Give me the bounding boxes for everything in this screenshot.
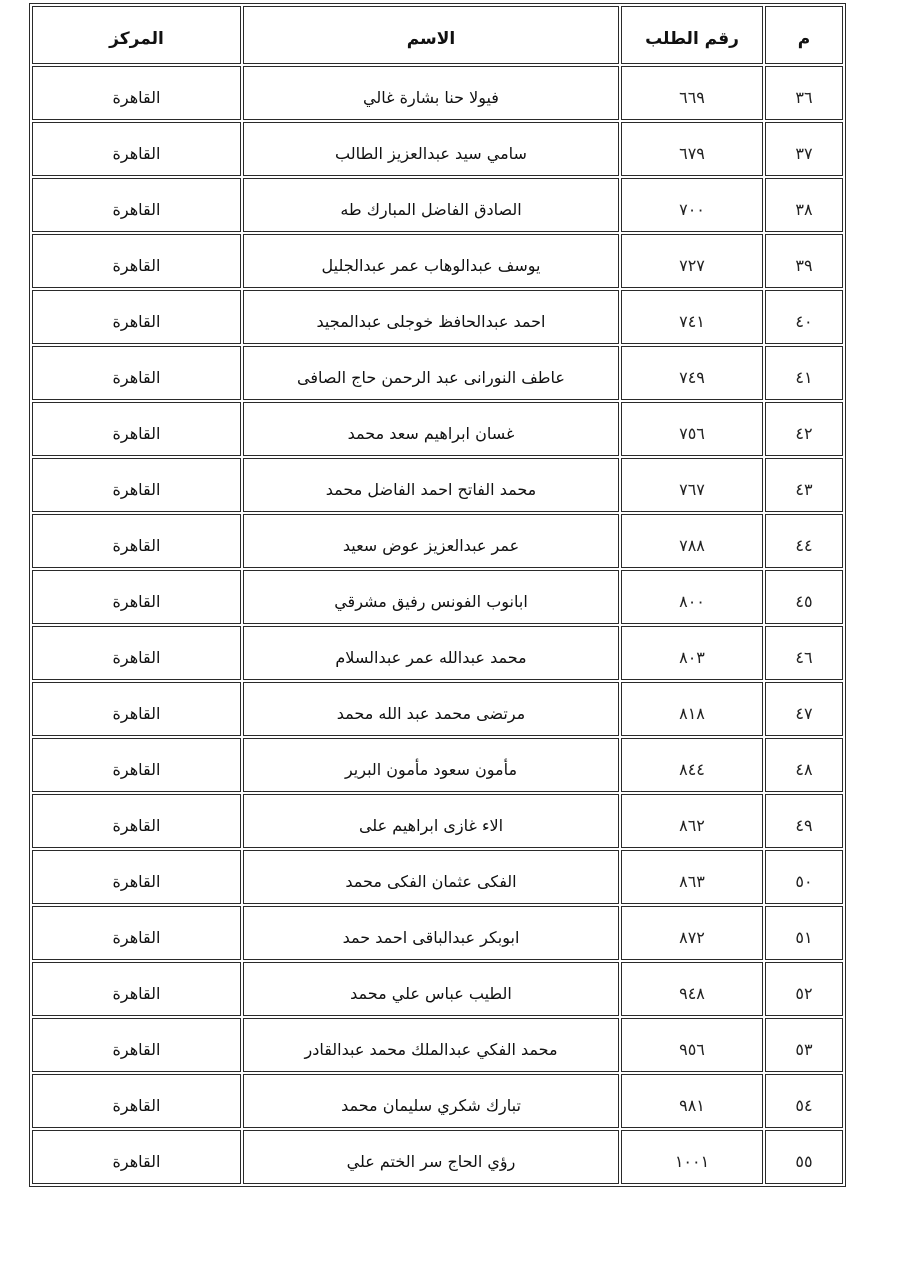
cell-index: ٤١: [765, 346, 843, 400]
table-row: ٤٧ ٨١٨ مرتضى محمد عبد الله محمد القاهرة: [32, 682, 843, 736]
cell-name: الصادق الفاضل المبارك طه: [243, 178, 619, 232]
cell-center: القاهرة: [32, 122, 241, 176]
cell-name: احمد عبدالحافظ خوجلى عبدالمجيد: [243, 290, 619, 344]
cell-order-number: ٧٤١: [621, 290, 763, 344]
cell-name: الاء غازى ابراهيم على: [243, 794, 619, 848]
cell-index: ٤٣: [765, 458, 843, 512]
cell-name: سامي سيد عبدالعزيز الطالب: [243, 122, 619, 176]
header-center: المركز: [32, 6, 241, 64]
cell-order-number: ١٠٠١: [621, 1130, 763, 1184]
applicants-table: م رقم الطلب الاسم المركز ٣٦ ٦٦٩ فيولا حن…: [29, 3, 846, 1187]
cell-name: تبارك شكري سليمان محمد: [243, 1074, 619, 1128]
header-order-number: رقم الطلب: [621, 6, 763, 64]
cell-name: محمد الفكي عبدالملك محمد عبدالقادر: [243, 1018, 619, 1072]
cell-center: القاهرة: [32, 1130, 241, 1184]
cell-center: القاهرة: [32, 1074, 241, 1128]
cell-name: مأمون سعود مأمون البرير: [243, 738, 619, 792]
cell-order-number: ٨٠٠: [621, 570, 763, 624]
cell-name: ابانوب الفونس رفيق مشرقي: [243, 570, 619, 624]
header-index: م: [765, 6, 843, 64]
cell-name: محمد الفاتح احمد الفاضل محمد: [243, 458, 619, 512]
cell-order-number: ٨٤٤: [621, 738, 763, 792]
cell-order-number: ٩٨١: [621, 1074, 763, 1128]
cell-center: القاهرة: [32, 682, 241, 736]
table-header: م رقم الطلب الاسم المركز: [32, 6, 843, 64]
table-row: ٥٣ ٩٥٦ محمد الفكي عبدالملك محمد عبدالقاد…: [32, 1018, 843, 1072]
cell-order-number: ٨٦٢: [621, 794, 763, 848]
cell-order-number: ٩٤٨: [621, 962, 763, 1016]
cell-center: القاهرة: [32, 458, 241, 512]
cell-name: يوسف عبدالوهاب عمر عبدالجليل: [243, 234, 619, 288]
cell-name: مرتضى محمد عبد الله محمد: [243, 682, 619, 736]
table-row: ٣٨ ٧٠٠ الصادق الفاضل المبارك طه القاهرة: [32, 178, 843, 232]
cell-name: عمر عبدالعزيز عوض سعيد: [243, 514, 619, 568]
table-row: ٥٥ ١٠٠١ رؤي الحاج سر الختم علي القاهرة: [32, 1130, 843, 1184]
cell-index: ٤٧: [765, 682, 843, 736]
table-row: ٣٦ ٦٦٩ فيولا حنا بشارة غالي القاهرة: [32, 66, 843, 120]
cell-center: القاهرة: [32, 66, 241, 120]
cell-order-number: ٧٠٠: [621, 178, 763, 232]
cell-center: القاهرة: [32, 570, 241, 624]
cell-index: ٥٢: [765, 962, 843, 1016]
table-row: ٤٥ ٨٠٠ ابانوب الفونس رفيق مشرقي القاهرة: [32, 570, 843, 624]
cell-center: القاهرة: [32, 794, 241, 848]
cell-center: القاهرة: [32, 906, 241, 960]
cell-index: ٤٢: [765, 402, 843, 456]
table-row: ٤٦ ٨٠٣ محمد عبدالله عمر عبدالسلام القاهر…: [32, 626, 843, 680]
cell-name: فيولا حنا بشارة غالي: [243, 66, 619, 120]
cell-order-number: ٦٧٩: [621, 122, 763, 176]
table-row: ٥٠ ٨٦٣ الفكى عثمان الفكى محمد القاهرة: [32, 850, 843, 904]
cell-order-number: ٨٧٢: [621, 906, 763, 960]
cell-index: ٣٧: [765, 122, 843, 176]
cell-order-number: ٧٨٨: [621, 514, 763, 568]
header-row: م رقم الطلب الاسم المركز: [32, 6, 843, 64]
table-row: ٣٧ ٦٧٩ سامي سيد عبدالعزيز الطالب القاهرة: [32, 122, 843, 176]
cell-index: ٥٤: [765, 1074, 843, 1128]
cell-order-number: ٧٤٩: [621, 346, 763, 400]
table-row: ٥٢ ٩٤٨ الطيب عباس علي محمد القاهرة: [32, 962, 843, 1016]
cell-index: ٤٦: [765, 626, 843, 680]
cell-order-number: ٧٥٦: [621, 402, 763, 456]
cell-name: رؤي الحاج سر الختم علي: [243, 1130, 619, 1184]
cell-order-number: ٨٠٣: [621, 626, 763, 680]
cell-center: القاهرة: [32, 962, 241, 1016]
cell-order-number: ٦٦٩: [621, 66, 763, 120]
cell-order-number: ٨٦٣: [621, 850, 763, 904]
cell-center: القاهرة: [32, 402, 241, 456]
cell-name: عاطف النورانى عبد الرحمن حاج الصافى: [243, 346, 619, 400]
cell-name: الفكى عثمان الفكى محمد: [243, 850, 619, 904]
cell-center: القاهرة: [32, 234, 241, 288]
cell-index: ٥١: [765, 906, 843, 960]
cell-name: ابوبكر عبدالباقى احمد حمد: [243, 906, 619, 960]
cell-center: القاهرة: [32, 514, 241, 568]
cell-center: القاهرة: [32, 346, 241, 400]
cell-name: غسان ابراهيم سعد محمد: [243, 402, 619, 456]
cell-center: القاهرة: [32, 290, 241, 344]
cell-index: ٤٠: [765, 290, 843, 344]
cell-index: ٣٩: [765, 234, 843, 288]
cell-center: القاهرة: [32, 738, 241, 792]
table-body: ٣٦ ٦٦٩ فيولا حنا بشارة غالي القاهرة ٣٧ ٦…: [32, 66, 843, 1184]
header-name: الاسم: [243, 6, 619, 64]
cell-index: ٤٩: [765, 794, 843, 848]
cell-order-number: ٧٦٧: [621, 458, 763, 512]
cell-name: الطيب عباس علي محمد: [243, 962, 619, 1016]
table-row: ٣٩ ٧٢٧ يوسف عبدالوهاب عمر عبدالجليل القا…: [32, 234, 843, 288]
table-row: ٤٤ ٧٨٨ عمر عبدالعزيز عوض سعيد القاهرة: [32, 514, 843, 568]
cell-center: القاهرة: [32, 1018, 241, 1072]
cell-name: محمد عبدالله عمر عبدالسلام: [243, 626, 619, 680]
cell-index: ٥٣: [765, 1018, 843, 1072]
table-row: ٤١ ٧٤٩ عاطف النورانى عبد الرحمن حاج الصا…: [32, 346, 843, 400]
table-row: ٤٩ ٨٦٢ الاء غازى ابراهيم على القاهرة: [32, 794, 843, 848]
cell-index: ٤٥: [765, 570, 843, 624]
table-row: ٤٨ ٨٤٤ مأمون سعود مأمون البرير القاهرة: [32, 738, 843, 792]
cell-center: القاهرة: [32, 178, 241, 232]
cell-center: القاهرة: [32, 850, 241, 904]
cell-index: ٤٤: [765, 514, 843, 568]
cell-order-number: ٨١٨: [621, 682, 763, 736]
cell-index: ٤٨: [765, 738, 843, 792]
cell-index: ٣٦: [765, 66, 843, 120]
cell-center: القاهرة: [32, 626, 241, 680]
table-row: ٥١ ٨٧٢ ابوبكر عبدالباقى احمد حمد القاهرة: [32, 906, 843, 960]
table-row: ٤٢ ٧٥٦ غسان ابراهيم سعد محمد القاهرة: [32, 402, 843, 456]
cell-index: ٥٠: [765, 850, 843, 904]
table-row: ٤٠ ٧٤١ احمد عبدالحافظ خوجلى عبدالمجيد ال…: [32, 290, 843, 344]
table-row: ٤٣ ٧٦٧ محمد الفاتح احمد الفاضل محمد القا…: [32, 458, 843, 512]
cell-order-number: ٩٥٦: [621, 1018, 763, 1072]
cell-index: ٣٨: [765, 178, 843, 232]
document-page: م رقم الطلب الاسم المركز ٣٦ ٦٦٩ فيولا حن…: [29, 3, 844, 1187]
cell-order-number: ٧٢٧: [621, 234, 763, 288]
cell-index: ٥٥: [765, 1130, 843, 1184]
table-row: ٥٤ ٩٨١ تبارك شكري سليمان محمد القاهرة: [32, 1074, 843, 1128]
